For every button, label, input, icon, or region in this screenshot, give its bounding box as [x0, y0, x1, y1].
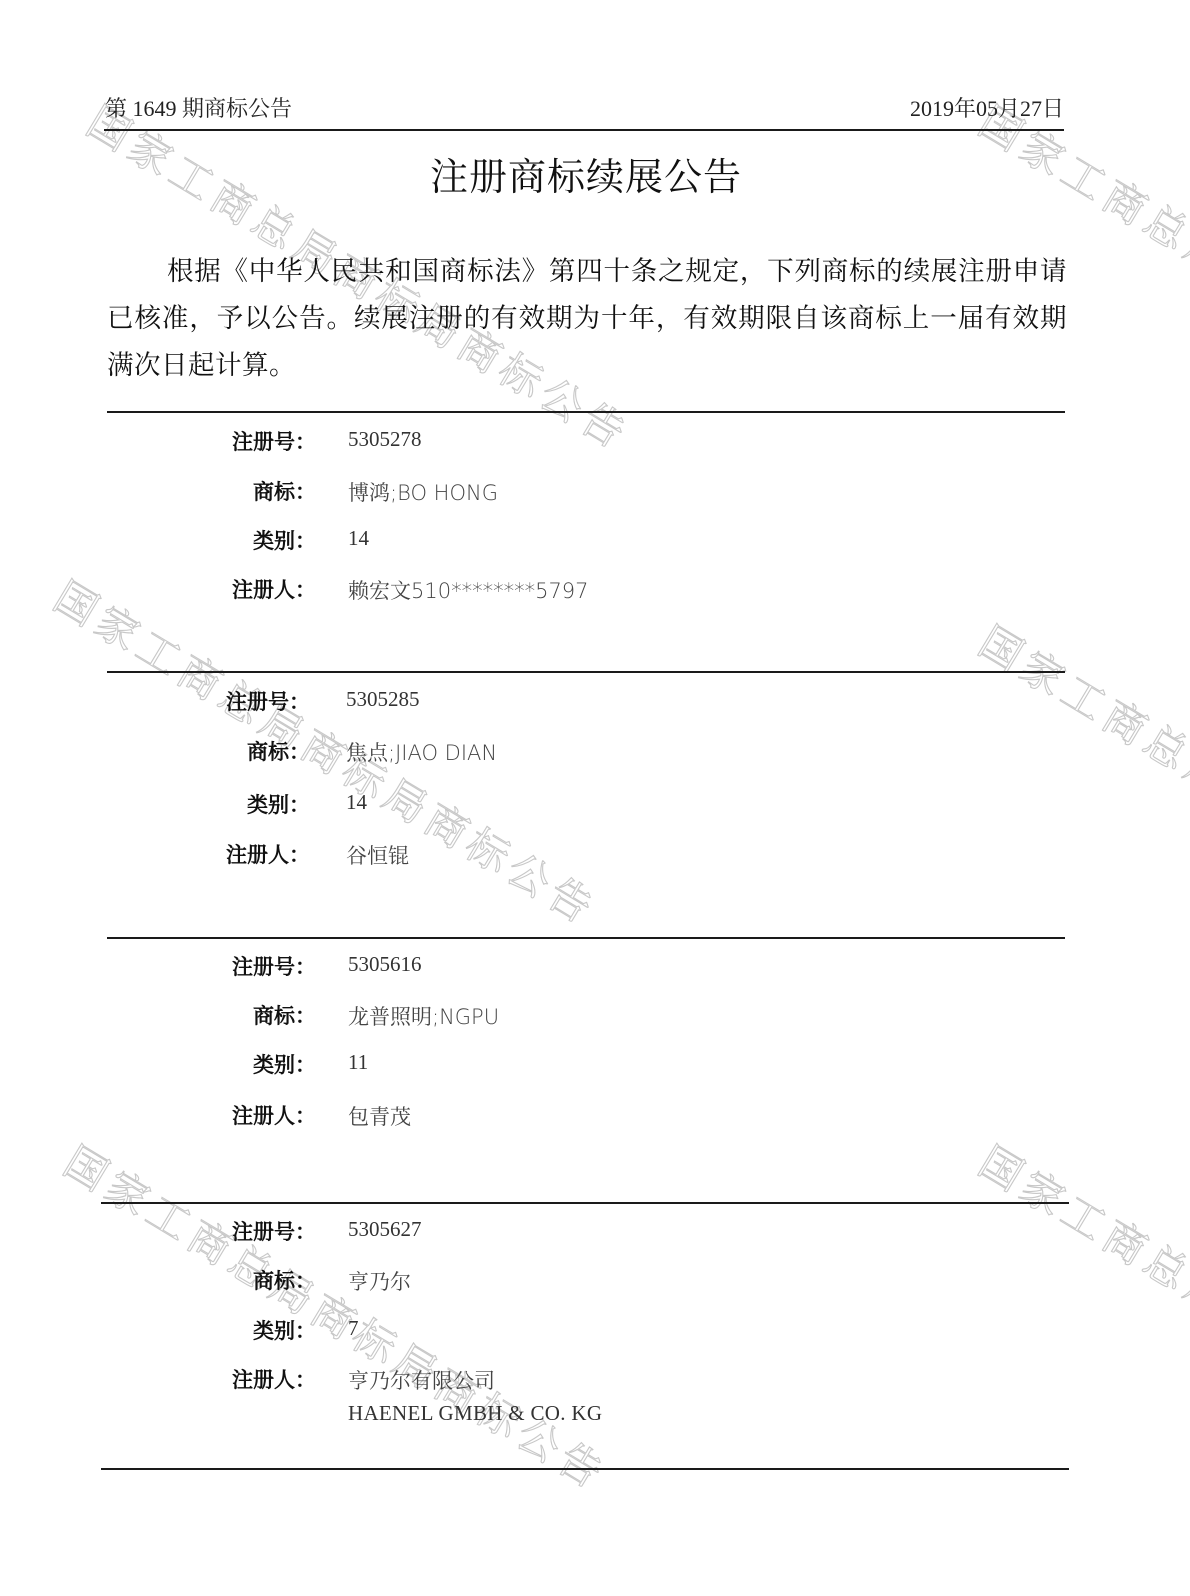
mark-row: 商标： 焦点;JIAO DIAN [0, 736, 1190, 766]
reg-no-label: 注册号： [232, 1216, 316, 1246]
mark-value: 龙普照明;NGPU [348, 1001, 499, 1031]
class-value: 11 [348, 1050, 368, 1075]
class-value: 14 [346, 790, 367, 815]
header-divider [104, 129, 1064, 131]
registrant-value: 谷恒锟 [346, 840, 409, 870]
reg-no-label: 注册号： [232, 951, 316, 981]
reg-no-value: 5305616 [348, 952, 422, 977]
intro-paragraph: 根据《中华人民共和国商标法》第四十条之规定，下列商标的续展注册申请已核准，予以公… [107, 248, 1067, 389]
mark-row: 商标： 亨乃尔 [0, 1265, 1190, 1295]
mark-row: 商标： 龙普照明;NGPU [0, 1000, 1190, 1030]
class-label: 类别： [253, 525, 316, 555]
reg-no-row: 注册号： 5305278 [0, 426, 1190, 456]
class-label: 类别： [253, 1315, 316, 1345]
class-row: 类别： 14 [0, 789, 1190, 819]
entry-divider [101, 1202, 1069, 1204]
issue-number: 第 1649 期商标公告 [105, 92, 292, 123]
registrant-row: 注册人： 亨乃尔有限公司 [0, 1364, 1190, 1394]
reg-no-value: 5305627 [348, 1217, 422, 1242]
entry-divider [107, 937, 1065, 939]
mark-value: 亨乃尔 [348, 1266, 411, 1296]
registrant-row: 注册人： 包青茂 [0, 1100, 1190, 1130]
class-value: 7 [348, 1316, 359, 1341]
entry-divider [107, 411, 1065, 413]
registrant-label: 注册人： [232, 1100, 316, 1130]
registrant-value: 赖宏文510********5797 [348, 575, 589, 605]
registrant-label: 注册人： [232, 574, 316, 604]
page-title: 注册商标续展公告 [0, 146, 1172, 201]
reg-no-value: 5305278 [348, 427, 422, 452]
class-label: 类别： [253, 1049, 316, 1079]
mark-label: 商标： [253, 1265, 316, 1295]
class-label: 类别： [247, 789, 310, 819]
reg-no-row: 注册号： 5305616 [0, 951, 1190, 981]
mark-label: 商标： [253, 1000, 316, 1030]
mark-row: 商标： 博鸿;BO HONG [0, 476, 1190, 506]
class-row: 类别： 14 [0, 525, 1190, 555]
class-row: 类别： 11 [0, 1049, 1190, 1079]
mark-label: 商标： [253, 476, 316, 506]
mark-value: 博鸿;BO HONG [348, 477, 498, 507]
registrant-value: 亨乃尔有限公司 [348, 1365, 495, 1395]
class-row: 类别： 7 [0, 1315, 1190, 1345]
reg-no-row: 注册号： 5305285 [0, 686, 1190, 716]
issue-date: 2019年05月27日 [910, 92, 1064, 123]
registrant-value: 包青茂 [348, 1101, 411, 1131]
registrant-row: 注册人： 赖宏文510********5797 [0, 574, 1190, 604]
entry-divider [107, 671, 1065, 673]
class-value: 14 [348, 526, 369, 551]
entry-divider [101, 1468, 1069, 1470]
registrant-row: 注册人： 谷恒锟 [0, 839, 1190, 869]
mark-label: 商标： [247, 736, 310, 766]
mark-value: 焦点;JIAO DIAN [346, 737, 497, 767]
reg-no-row: 注册号： 5305627 [0, 1216, 1190, 1246]
reg-no-value: 5305285 [346, 687, 420, 712]
registrant-en-value: HAENEL GMBH & CO. KG [348, 1401, 602, 1426]
document-page: 第 1649 期商标公告 2019年05月27日 注册商标续展公告 根据《中华人… [0, 0, 1190, 1596]
registrant-label: 注册人： [232, 1364, 316, 1394]
reg-no-label: 注册号： [226, 686, 310, 716]
reg-no-label: 注册号： [232, 426, 316, 456]
registrant-en-row: HAENEL GMBH & CO. KG [0, 1400, 1190, 1430]
registrant-label: 注册人： [226, 839, 310, 869]
